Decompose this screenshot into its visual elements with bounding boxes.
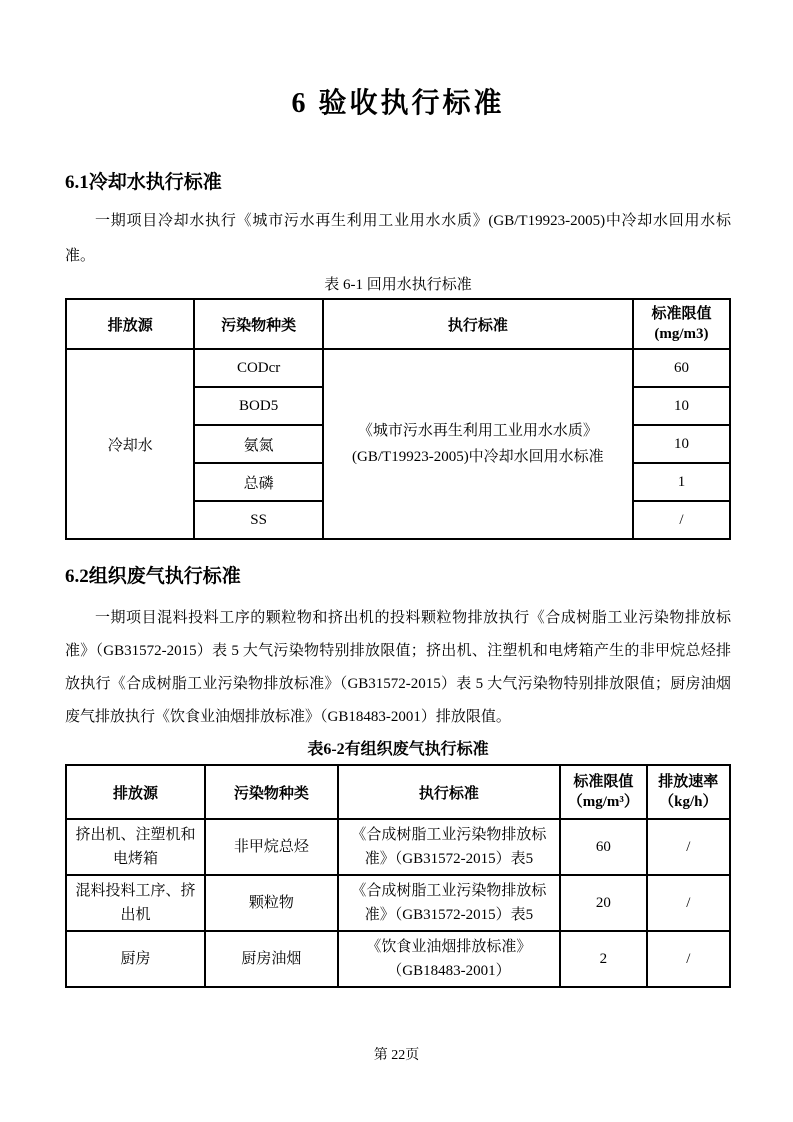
table-row: 混料投料工序、挤出机 颗粒物 《合成树脂工业污染物排放标准》（GB31572-2… xyxy=(66,875,730,931)
t1-cell-limit: 10 xyxy=(633,387,730,425)
t2-cell-pollutant: 厨房油烟 xyxy=(205,931,338,987)
t2-cell-rate: / xyxy=(647,819,730,875)
table-row: 冷却水 CODcr 《城市污水再生利用工业用水水质》 (GB/T19923-20… xyxy=(66,349,730,387)
t2-header-rate-line2: （kg/h） xyxy=(652,792,725,812)
t1-header-limit-line1: 标准限值 xyxy=(638,304,725,324)
t1-cell-pollutant: 氨氮 xyxy=(194,425,322,463)
t1-cell-limit: 1 xyxy=(633,463,730,501)
t1-cell-pollutant: 总磷 xyxy=(194,463,322,501)
t2-header-limit-line2: （mg/m³） xyxy=(565,792,641,812)
table-6-2-caption: 表6-2有组织废气执行标准 xyxy=(65,738,731,762)
t1-cell-standard: 《城市污水再生利用工业用水水质》 (GB/T19923-2005)中冷却水回用水… xyxy=(323,349,633,539)
t2-cell-rate: / xyxy=(647,875,730,931)
t1-header-limit-line2: (mg/m3) xyxy=(638,324,725,344)
t2-cell-source: 厨房 xyxy=(66,931,205,987)
t2-cell-rate: / xyxy=(647,931,730,987)
t1-cell-limit: / xyxy=(633,501,730,539)
t1-cell-pollutant: SS xyxy=(194,501,322,539)
t2-cell-standard: 《合成树脂工业污染物排放标准》（GB31572-2015）表5 xyxy=(338,819,560,875)
t1-standard-line2: (GB/T19923-2005)中冷却水回用水标准 xyxy=(328,444,628,470)
page-number: 第 22页 xyxy=(0,1044,793,1064)
table-6-1: 排放源 污染物种类 执行标准 标准限值 (mg/m3) 冷却水 CODcr 《城… xyxy=(65,298,731,540)
t2-cell-pollutant: 颗粒物 xyxy=(205,875,338,931)
t2-header-rate: 排放速率 （kg/h） xyxy=(647,765,730,819)
table-6-2: 排放源 污染物种类 执行标准 标准限值 （mg/m³） 排放速率 （kg/h） … xyxy=(65,764,731,988)
t1-cell-source: 冷却水 xyxy=(66,349,194,539)
section-heading-6-1: 6.1冷却水执行标准 xyxy=(65,170,731,196)
t2-cell-standard: 《饮食业油烟排放标准》（GB18483-2001） xyxy=(338,931,560,987)
t1-cell-pollutant: CODcr xyxy=(194,349,322,387)
paragraph-waste-gas: 一期项目混料投料工序的颗粒物和挤出机的投料颗粒物排放执行《合成树脂工业污染物排放… xyxy=(65,602,731,734)
t1-cell-limit: 10 xyxy=(633,425,730,463)
t2-cell-limit: 2 xyxy=(560,931,646,987)
t1-cell-pollutant: BOD5 xyxy=(194,387,322,425)
t2-cell-pollutant: 非甲烷总烃 xyxy=(205,819,338,875)
t1-header-standard: 执行标准 xyxy=(323,299,633,349)
table-row: 挤出机、注塑机和电烤箱 非甲烷总烃 《合成树脂工业污染物排放标准》（GB3157… xyxy=(66,819,730,875)
t2-header-limit: 标准限值 （mg/m³） xyxy=(560,765,646,819)
page-title: 6 验收执行标准 xyxy=(65,86,731,122)
table-row: 排放源 污染物种类 执行标准 标准限值 (mg/m3) xyxy=(66,299,730,349)
t2-cell-limit: 20 xyxy=(560,875,646,931)
t1-header-source: 排放源 xyxy=(66,299,194,349)
t2-header-source: 排放源 xyxy=(66,765,205,819)
table-row: 排放源 污染物种类 执行标准 标准限值 （mg/m³） 排放速率 （kg/h） xyxy=(66,765,730,819)
t1-standard-line1: 《城市污水再生利用工业用水水质》 xyxy=(328,418,628,444)
t2-header-pollutant: 污染物种类 xyxy=(205,765,338,819)
t1-header-limit: 标准限值 (mg/m3) xyxy=(633,299,730,349)
t2-cell-standard: 《合成树脂工业污染物排放标准》（GB31572-2015）表5 xyxy=(338,875,560,931)
table-row: 厨房 厨房油烟 《饮食业油烟排放标准》（GB18483-2001） 2 / xyxy=(66,931,730,987)
table-6-1-caption: 表 6-1 回用水执行标准 xyxy=(65,275,731,296)
t2-header-rate-line1: 排放速率 xyxy=(652,772,725,792)
t2-header-limit-line1: 标准限值 xyxy=(565,772,641,792)
document-page: 6 验收执行标准 6.1冷却水执行标准 一期项目冷却水执行《城市污水再生利用工业… xyxy=(0,0,793,1122)
section-heading-6-2: 6.2组织废气执行标准 xyxy=(65,564,731,590)
paragraph-cooling-water: 一期项目冷却水执行《城市污水再生利用工业用水水质》(GB/T19923-2005… xyxy=(65,204,731,274)
t2-header-standard: 执行标准 xyxy=(338,765,560,819)
t2-cell-source: 挤出机、注塑机和电烤箱 xyxy=(66,819,205,875)
t2-cell-source: 混料投料工序、挤出机 xyxy=(66,875,205,931)
t2-cell-limit: 60 xyxy=(560,819,646,875)
t1-cell-limit: 60 xyxy=(633,349,730,387)
t1-header-pollutant: 污染物种类 xyxy=(194,299,322,349)
